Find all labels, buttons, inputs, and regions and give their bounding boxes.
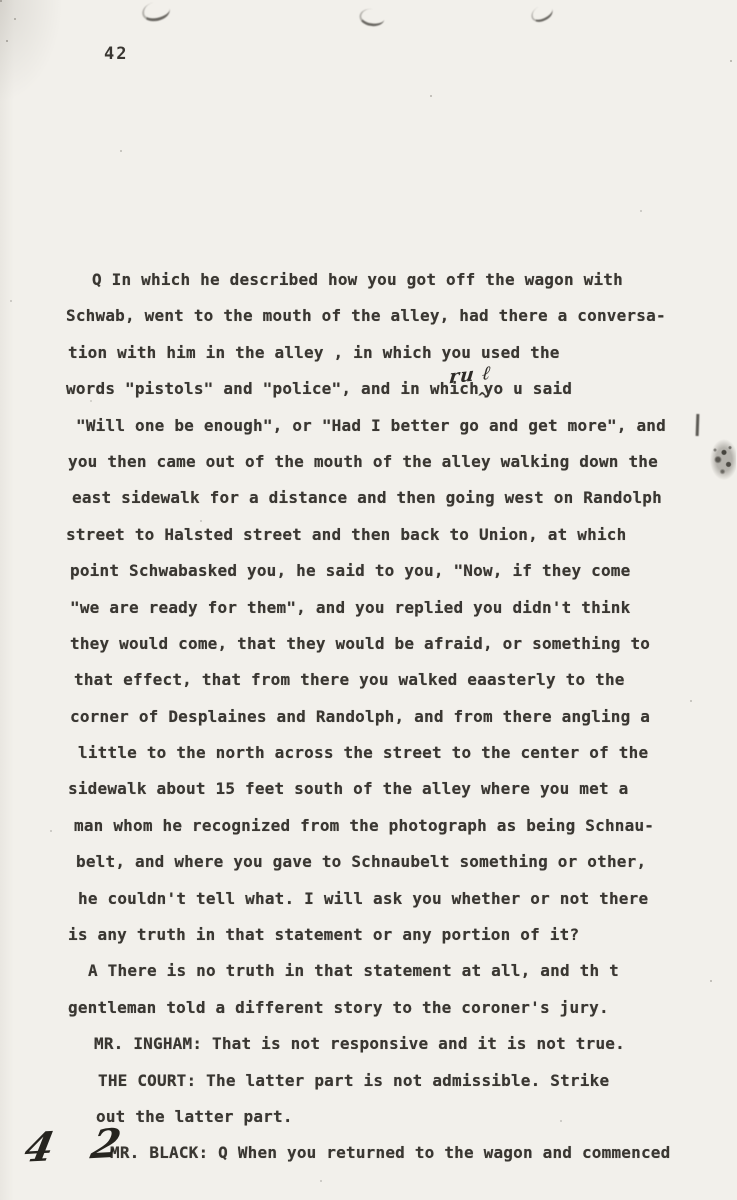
transcript-line: sidewalk about 15 feet south of the alle… [64, 771, 707, 807]
transcript-line: A There is no truth in that statement at… [64, 953, 707, 989]
transcript-body: Q In which he described how you got off … [64, 262, 707, 1172]
transcript-line: "Will one be enough", or "Had I better g… [64, 408, 707, 444]
typed-text: yo u said [484, 379, 573, 398]
transcript-line: tion with him in the alley , in which yo… [64, 335, 707, 371]
transcript-line: man whom he recognized from the photogra… [64, 808, 707, 844]
scan-smudge-top-left [140, 0, 171, 24]
transcript-line: belt, and where you gave to Schnaubelt s… [64, 844, 707, 880]
transcript-line: street to Halsted street and then back t… [64, 517, 707, 553]
transcript-line: is any truth in that statement or any po… [64, 917, 707, 953]
transcript-line: words "pistols" and "police", and in whi… [64, 371, 707, 407]
transcript-line: corner of Desplaines and Randolph, and f… [64, 699, 707, 735]
typed-page-number: 42 [104, 44, 128, 64]
scanned-transcript-page: 42 Q In which he described how you got o… [0, 0, 737, 1200]
scan-noise-speckles [0, 0, 2, 2]
transcript-line: MR. BLACK: Q When you returned to the wa… [64, 1135, 707, 1171]
scan-smudge-top-right [529, 2, 556, 25]
transcript-line: out the latter part. [64, 1099, 707, 1135]
transcript-line: MR. INGHAM: That is not responsive and i… [64, 1026, 707, 1062]
transcript-line: THE COURT: The latter part is not admiss… [64, 1063, 707, 1099]
transcript-line: little to the north across the street to… [64, 735, 707, 771]
transcript-line: east sidewalk for a distance and then go… [64, 480, 707, 516]
scan-smudge-top-center [358, 7, 385, 27]
insertion-point: ru ℓ^ [479, 371, 484, 408]
transcript-line: Schwab, went to the mouth of the alley, … [64, 298, 707, 334]
transcript-line: that effect, that from there you walked … [64, 662, 707, 698]
transcript-line: gentleman told a different story to the … [64, 990, 707, 1026]
transcript-line: point Schwabasked you, he said to you, "… [64, 553, 707, 589]
transcript-line: Q In which he described how you got off … [64, 262, 707, 298]
scan-ink-blob-right [706, 438, 736, 486]
transcript-line: they would come, that they would be afra… [64, 626, 707, 662]
handwritten-page-number: 4 2 [21, 1119, 137, 1171]
caret-mark: ^ [478, 384, 487, 413]
transcript-line: "we are ready for them", and you replied… [64, 590, 707, 626]
typed-text: words "pistols" and "police", and in whi… [66, 379, 479, 398]
transcript-line: you then came out of the mouth of the al… [64, 444, 707, 480]
transcript-line: he couldn't tell what. I will ask you wh… [64, 881, 707, 917]
